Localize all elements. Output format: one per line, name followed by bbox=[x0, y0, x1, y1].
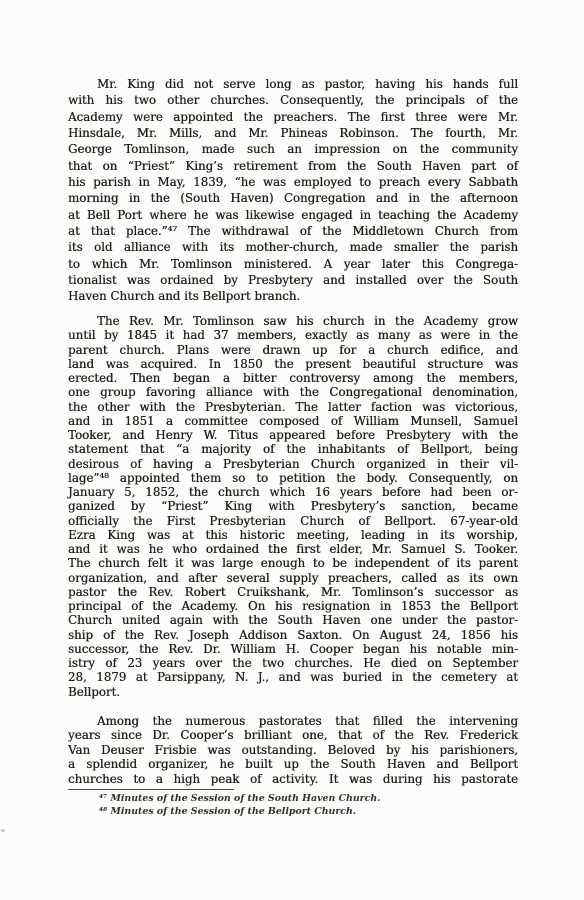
text-line: Van Deuser Frisbie was outstanding. Belo… bbox=[68, 743, 518, 757]
text-line: and it was he who ordained the first eld… bbox=[68, 542, 518, 556]
text-line: January 5, 1852, the church which 16 yea… bbox=[68, 485, 518, 499]
text-line: organization, and after several supply p… bbox=[68, 571, 518, 585]
text-line: istry of 23 years over the two churches.… bbox=[68, 656, 518, 670]
text-line: erected. Then began a bitter controversy… bbox=[68, 371, 518, 385]
text-line: a splendid organizer, he built up the So… bbox=[68, 757, 518, 771]
text-line: churches to a high peak of activity. It … bbox=[68, 772, 518, 786]
text-line: to which Mr. Tomlinson ministered. A yea… bbox=[68, 256, 518, 272]
text-line: tionalist was ordained by Presbytery and… bbox=[68, 272, 518, 288]
text-line: desirous of having a Presbyterian Church… bbox=[68, 457, 518, 471]
text-line: Tooker, and Henry W. Titus appeared befo… bbox=[68, 428, 518, 442]
text-line: that on “Priest” King’s retirement from … bbox=[68, 158, 518, 174]
scanned-book-page: Mr. King did not serve long as pastor, h… bbox=[0, 0, 584, 900]
text-line: Academy were appointed the preachers. Th… bbox=[68, 109, 518, 125]
text-line: statement that “a majority of the inhabi… bbox=[68, 442, 518, 456]
text-line: Among the numerous pastorates that fille… bbox=[68, 714, 518, 728]
text-line: ship of the Rev. Joseph Addison Saxton. … bbox=[68, 628, 518, 642]
text-line: until by 1845 it had 37 members, exactly… bbox=[68, 328, 518, 342]
text-line: ganized by “Priest” King with Presbytery… bbox=[68, 499, 518, 513]
text-line: officially the First Presbyterian Church… bbox=[68, 514, 518, 528]
text-line: its old alliance with its mother-church,… bbox=[68, 239, 518, 255]
text-line: Haven Church and its Bellport branch. bbox=[68, 288, 518, 304]
text-line: pastor the Rev. Robert Cruikshank, Mr. T… bbox=[68, 585, 518, 599]
footnote: ⁴⁷ Minutes of the Session of the South H… bbox=[99, 793, 511, 806]
text-line: Church united again with the South Haven… bbox=[68, 613, 518, 627]
text-line: at Bell Port where he was likewise engag… bbox=[68, 207, 518, 223]
paragraph-1: Mr. King did not serve long as pastor, h… bbox=[68, 76, 518, 305]
text-line: land was acquired. In 1850 the present b… bbox=[68, 357, 518, 371]
text-line: Mr. King did not serve long as pastor, h… bbox=[68, 76, 518, 92]
text-line: years since Dr. Cooper’s brilliant one, … bbox=[68, 728, 518, 742]
footnote-separator-rule bbox=[68, 789, 234, 790]
text-line: lage”⁴⁸ appointed them so to petition th… bbox=[68, 471, 518, 485]
text-line: with his two other churches. Consequentl… bbox=[68, 92, 518, 108]
text-line: at that place.”⁴⁷ The withdrawal of the … bbox=[68, 223, 518, 239]
text-line: parent church. Plans were drawn up for a… bbox=[68, 343, 518, 357]
paragraph-2: The Rev. Mr. Tomlinson saw his church in… bbox=[68, 314, 518, 699]
text-block: Mr. King did not serve long as pastor, h… bbox=[68, 0, 518, 900]
text-line: Ezra King was at this historic meeting, … bbox=[68, 528, 518, 542]
text-line: 28, 1879 at Parsippany, N. J., and was b… bbox=[68, 670, 518, 684]
text-line: the other with the Presbyterian. The lat… bbox=[68, 400, 518, 414]
text-line: Bellport. bbox=[68, 685, 518, 699]
text-line: George Tomlinson, made such an impressio… bbox=[68, 141, 518, 157]
text-line: principal of the Academy. On his resigna… bbox=[68, 599, 518, 613]
text-line: successor, the Rev. Dr. William H. Coope… bbox=[68, 642, 518, 656]
footnotes-block: ⁴⁷ Minutes of the Session of the South H… bbox=[99, 793, 511, 818]
scan-artifact-speck bbox=[1, 829, 5, 832]
text-line: Hinsdale, Mr. Mills, and Mr. Phineas Rob… bbox=[68, 125, 518, 141]
text-line: and in 1851 a committee composed of Will… bbox=[68, 414, 518, 428]
text-line: his parish in May, 1839, “he was employe… bbox=[68, 174, 518, 190]
text-line: morning in the (South Haven) Congregatio… bbox=[68, 190, 518, 206]
footnote: ⁴⁸ Minutes of the Session of the Bellpor… bbox=[99, 806, 511, 819]
paragraph-3: Among the numerous pastorates that fille… bbox=[68, 714, 518, 786]
text-line: The church felt it was large enough to b… bbox=[68, 556, 518, 570]
text-line: The Rev. Mr. Tomlinson saw his church in… bbox=[68, 314, 518, 328]
text-line: one group favoring alliance with the Con… bbox=[68, 385, 518, 399]
